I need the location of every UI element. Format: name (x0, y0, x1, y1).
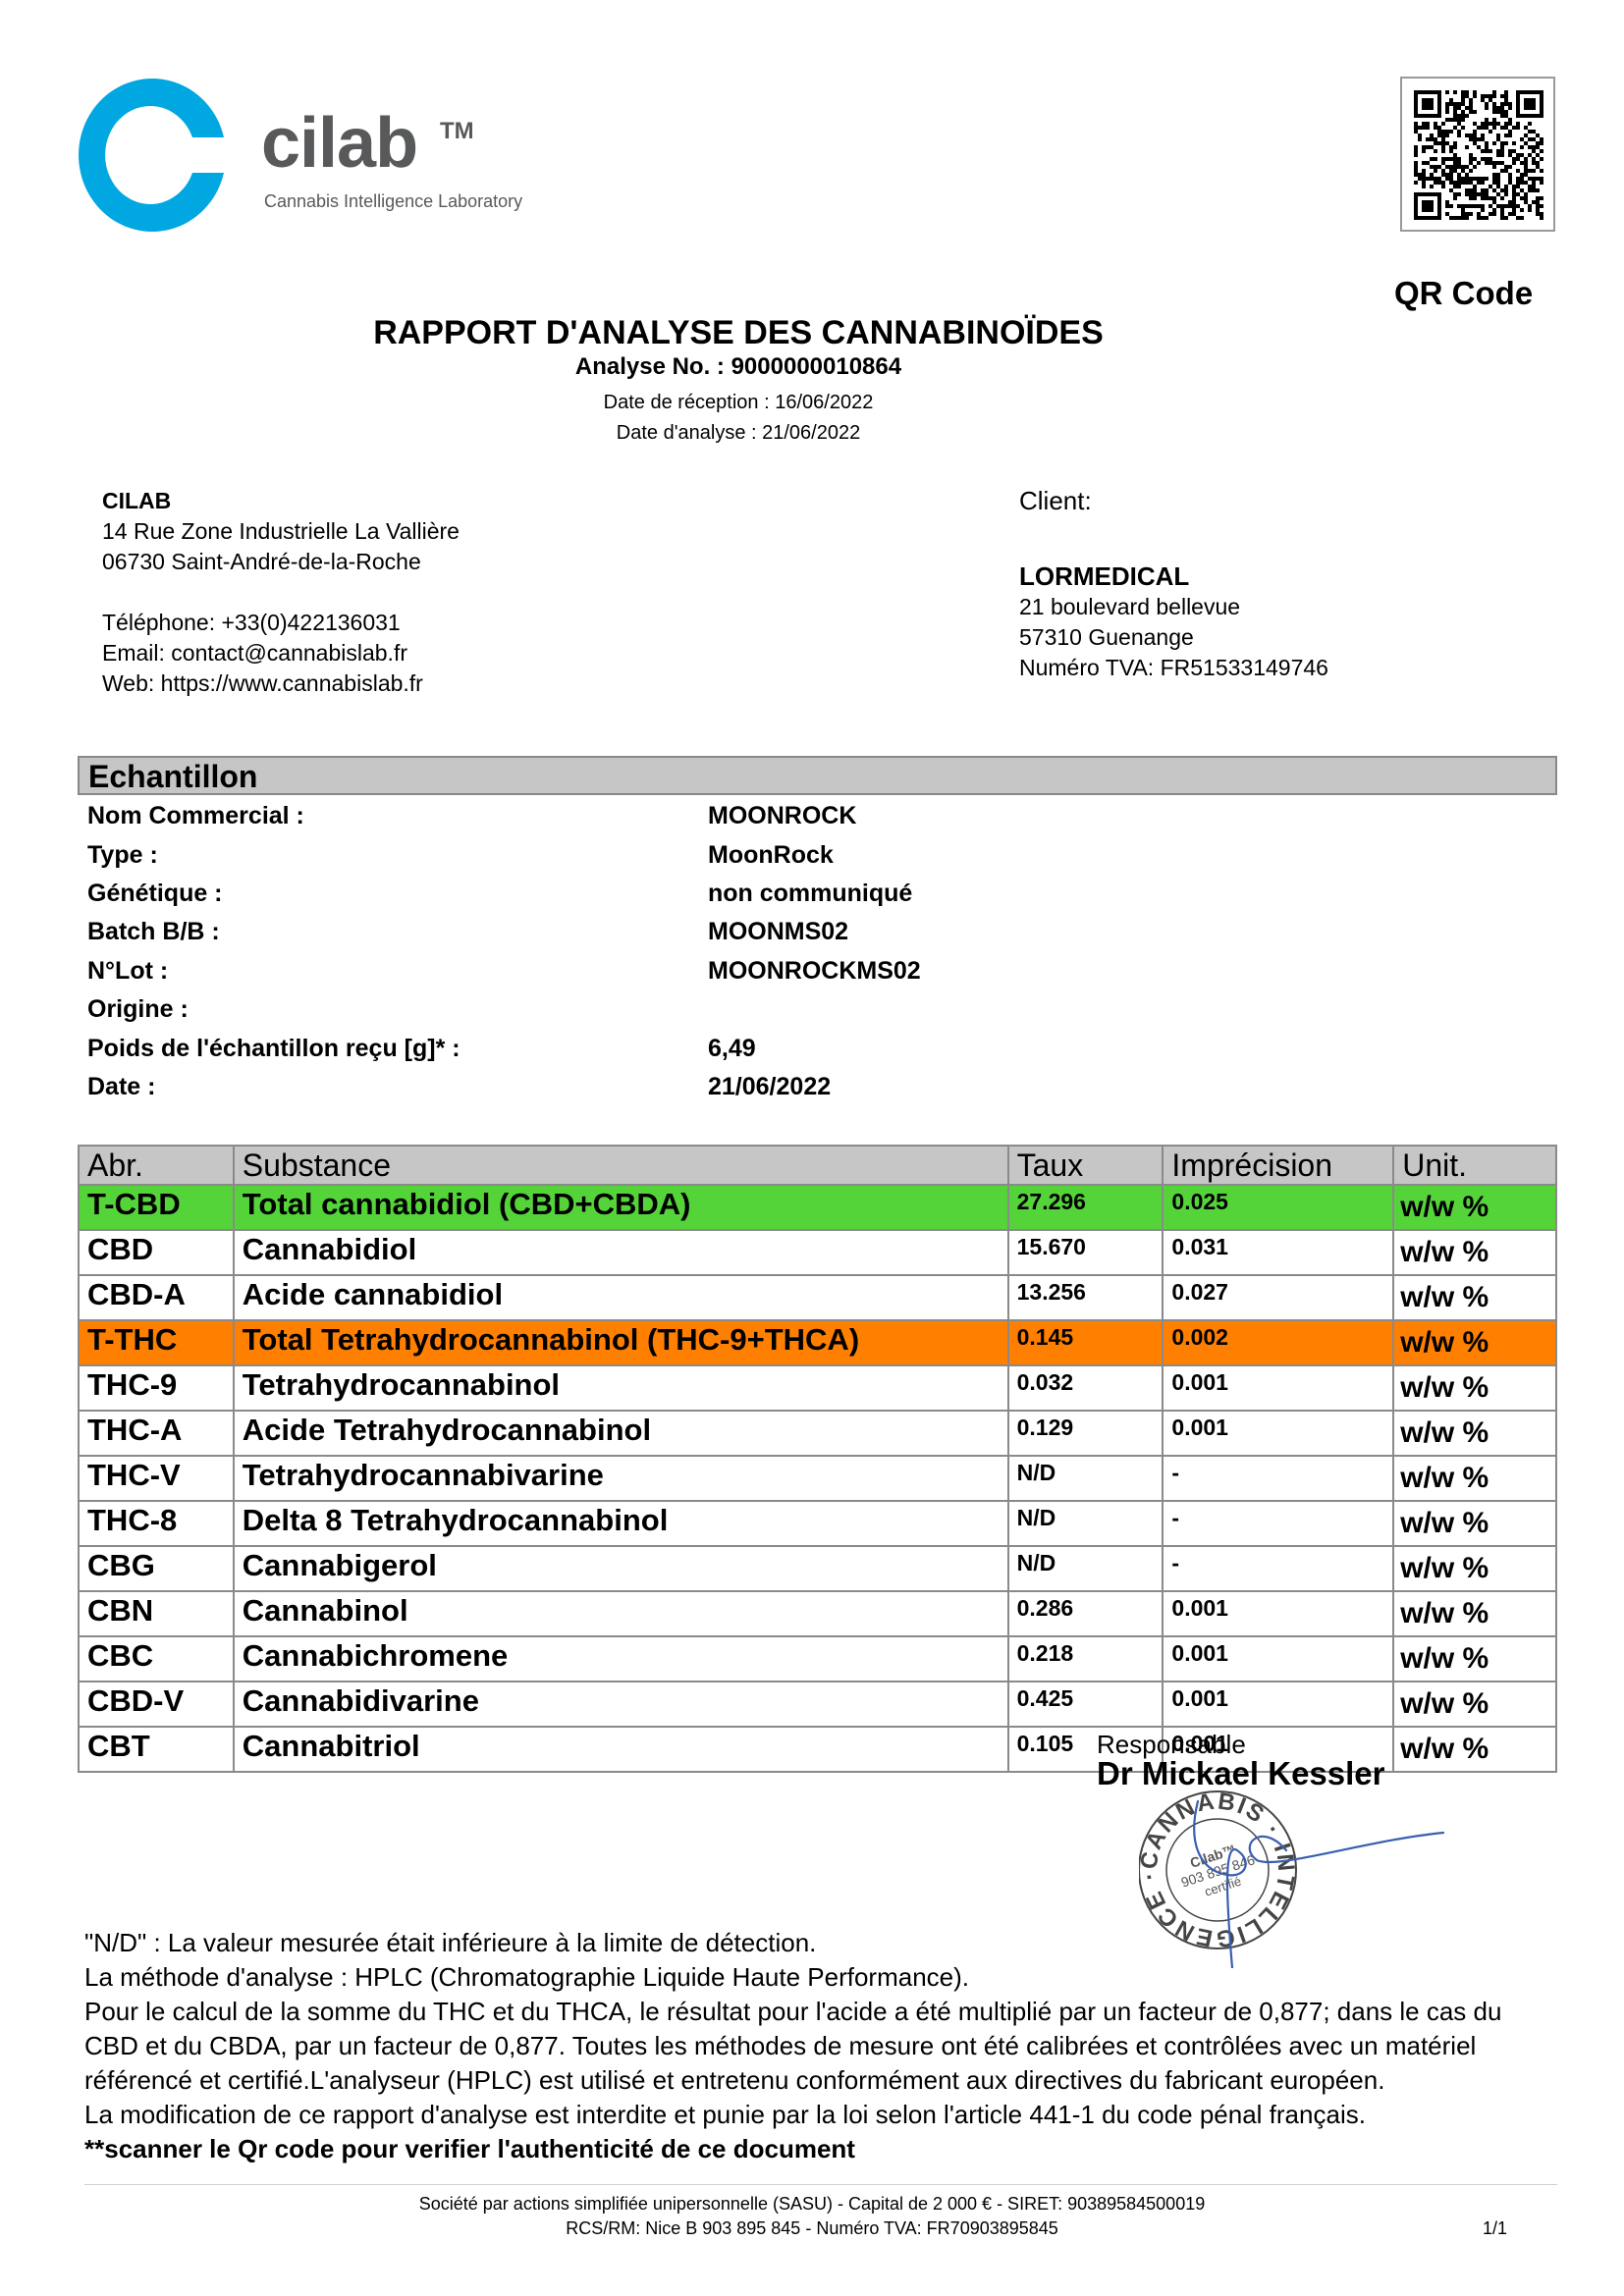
qr-code-icon (1414, 90, 1543, 220)
cell-unit: w/w % (1393, 1727, 1556, 1772)
cell-imprecision: 0.001 (1163, 1365, 1393, 1411)
sample-field-label: N°Lot : (87, 957, 708, 986)
cell-abr: CBD-A (79, 1275, 234, 1320)
cell-taux: 0.129 (1008, 1411, 1164, 1456)
cell-imprecision: 0.027 (1163, 1275, 1393, 1320)
col-header-abr: Abr. (79, 1146, 234, 1185)
table-row: CBGCannabigerolN/D-w/w % (79, 1546, 1556, 1591)
sample-field-label: Génétique : (87, 880, 708, 908)
table-row: T-THCTotal Tetrahydrocannabinol (THC-9+T… (79, 1320, 1556, 1365)
cell-taux: 0.286 (1008, 1591, 1164, 1636)
footer-divider (84, 2184, 1557, 2185)
cell-substance: Total cannabidiol (CBD+CBDA) (234, 1185, 1008, 1230)
sample-field-row: Type :MoonRock (87, 835, 921, 874)
sample-field-label: Date : (87, 1073, 708, 1101)
cell-imprecision: 0.001 (1163, 1411, 1393, 1456)
sample-field-row: N°Lot :MOONROCKMS02 (87, 952, 921, 990)
cell-taux: 15.670 (1008, 1230, 1164, 1275)
cell-abr: THC-V (79, 1456, 234, 1501)
date-analyse: Date d'analyse : 21/06/2022 (0, 422, 1477, 445)
cell-abr: CBD (79, 1230, 234, 1275)
sample-field-label: Type : (87, 841, 708, 870)
note-nd: "N/D" : La valeur mesurée était inférieu… (84, 1926, 1557, 1960)
sample-section-header: Echantillon (78, 756, 1557, 795)
cell-unit: w/w % (1393, 1275, 1556, 1320)
sample-field-row: Génétique :non communiqué (87, 875, 921, 913)
cell-imprecision: - (1163, 1546, 1393, 1591)
lab-web: Web: https://www.cannabislab.fr (102, 668, 460, 699)
lab-address-block: CILAB 14 Rue Zone Industrielle La Valliè… (102, 486, 460, 699)
cell-imprecision: 0.001 (1163, 1636, 1393, 1682)
cell-imprecision: 0.001 (1163, 1682, 1393, 1727)
client-address-block: LORMEDICAL 21 boulevard bellevue 57310 G… (1019, 561, 1328, 683)
cell-taux: 0.145 (1008, 1320, 1164, 1365)
cell-unit: w/w % (1393, 1636, 1556, 1682)
cell-unit: w/w % (1393, 1546, 1556, 1591)
cell-substance: Acide cannabidiol (234, 1275, 1008, 1320)
cell-unit: w/w % (1393, 1591, 1556, 1636)
trademark: TM (440, 118, 474, 145)
cell-substance: Tetrahydrocannabinol (234, 1365, 1008, 1411)
cell-imprecision: - (1163, 1501, 1393, 1546)
cell-substance: Cannabigerol (234, 1546, 1008, 1591)
date-reception: Date de réception : 16/06/2022 (0, 392, 1477, 414)
sample-field-row: Poids de l'échantillon reçu [g]* :6,49 (87, 1029, 921, 1067)
sample-field-value: 6,49 (708, 1035, 756, 1063)
table-row: T-CBDTotal cannabidiol (CBD+CBDA)27.2960… (79, 1185, 1556, 1230)
cell-substance: Acide Tetrahydrocannabinol (234, 1411, 1008, 1456)
cell-unit: w/w % (1393, 1501, 1556, 1546)
table-row: THC-VTetrahydrocannabivarineN/D-w/w % (79, 1456, 1556, 1501)
brand-name: cilab (261, 108, 417, 179)
cell-abr: T-CBD (79, 1185, 234, 1230)
footer-company-info: Société par actions simplifiée uniperson… (0, 2194, 1624, 2215)
cell-unit: w/w % (1393, 1682, 1556, 1727)
cell-unit: w/w % (1393, 1230, 1556, 1275)
c-ring-logo-icon (77, 77, 234, 234)
results-header-row: Abr. Substance Taux Imprécision Unit. (79, 1146, 1556, 1185)
page-number: 1/1 (1483, 2218, 1507, 2239)
col-header-taux: Taux (1008, 1146, 1164, 1185)
sample-field-label: Origine : (87, 995, 708, 1024)
table-row: THC-8Delta 8 TetrahydrocannabinolN/D-w/w… (79, 1501, 1556, 1546)
sample-field-label: Batch B/B : (87, 918, 708, 946)
lab-name: CILAB (102, 486, 460, 516)
results-table: Abr. Substance Taux Imprécision Unit. T-… (78, 1145, 1557, 1773)
client-address-line1: 21 boulevard bellevue (1019, 592, 1328, 622)
col-header-imprecision: Imprécision (1163, 1146, 1393, 1185)
cell-abr: CBC (79, 1636, 234, 1682)
client-label: Client: (1019, 486, 1092, 516)
client-name: LORMEDICAL (1019, 561, 1328, 592)
cell-imprecision: 0.031 (1163, 1230, 1393, 1275)
cell-unit: w/w % (1393, 1320, 1556, 1365)
col-header-substance: Substance (234, 1146, 1008, 1185)
cell-substance: Cannabinol (234, 1591, 1008, 1636)
cell-abr: CBD-V (79, 1682, 234, 1727)
sample-field-value: 21/06/2022 (708, 1073, 831, 1101)
table-row: THC-AAcide Tetrahydrocannabinol0.1290.00… (79, 1411, 1556, 1456)
cell-imprecision: 0.025 (1163, 1185, 1393, 1230)
sample-field-value: MOONMS02 (708, 918, 848, 946)
cell-unit: w/w % (1393, 1411, 1556, 1456)
cell-abr: THC-8 (79, 1501, 234, 1546)
cell-taux: 0.218 (1008, 1636, 1164, 1682)
cell-abr: CBN (79, 1591, 234, 1636)
lab-address-line1: 14 Rue Zone Industrielle La Vallière (102, 516, 460, 547)
sample-field-row: Batch B/B :MOONMS02 (87, 913, 921, 951)
table-row: CBD-VCannabidivarine0.4250.001w/w % (79, 1682, 1556, 1727)
brand-tagline: Cannabis Intelligence Laboratory (264, 191, 522, 212)
lab-phone: Téléphone: +33(0)422136031 (102, 608, 460, 638)
lab-email: Email: contact@cannabislab.fr (102, 638, 460, 668)
cell-substance: Delta 8 Tetrahydrocannabinol (234, 1501, 1008, 1546)
sample-field-row: Origine : (87, 990, 921, 1029)
qr-label: QR Code (1394, 275, 1533, 312)
analysis-number: Analyse No. : 9000000010864 (0, 353, 1477, 381)
cell-substance: Cannabitriol (234, 1727, 1008, 1772)
table-row: CBD-AAcide cannabidiol13.2560.027w/w % (79, 1275, 1556, 1320)
col-header-unit: Unit. (1393, 1146, 1556, 1185)
cell-abr: THC-9 (79, 1365, 234, 1411)
cell-taux: 27.296 (1008, 1185, 1164, 1230)
client-vat: Numéro TVA: FR51533149746 (1019, 653, 1328, 683)
table-row: THC-9Tetrahydrocannabinol0.0320.001w/w % (79, 1365, 1556, 1411)
sample-fields: Nom Commercial :MOONROCKType :MoonRockGé… (87, 797, 921, 1106)
cell-abr: CBT (79, 1727, 234, 1772)
cell-imprecision: 0.002 (1163, 1320, 1393, 1365)
table-row: CBNCannabinol0.2860.001w/w % (79, 1591, 1556, 1636)
client-address-line2: 57310 Guenange (1019, 622, 1328, 653)
sample-field-value: MoonRock (708, 841, 834, 870)
cell-substance: Cannabidiol (234, 1230, 1008, 1275)
qr-code[interactable] (1400, 77, 1555, 232)
note-calculation: Pour le calcul de la somme du THC et du … (84, 1995, 1557, 2098)
lab-address-line2: 06730 Saint-André-de-la-Roche (102, 547, 460, 577)
note-legal: La modification de ce rapport d'analyse … (84, 2098, 1557, 2132)
sample-field-value: MOONROCKMS02 (708, 957, 921, 986)
cell-taux: 0.032 (1008, 1365, 1164, 1411)
cell-substance: Total Tetrahydrocannabinol (THC-9+THCA) (234, 1320, 1008, 1365)
cell-substance: Cannabidivarine (234, 1682, 1008, 1727)
cell-unit: w/w % (1393, 1365, 1556, 1411)
sample-field-row: Date :21/06/2022 (87, 1068, 921, 1106)
footer-registration-info: RCS/RM: Nice B 903 895 845 - Numéro TVA:… (0, 2218, 1624, 2239)
cell-taux: N/D (1008, 1546, 1164, 1591)
cell-imprecision: - (1163, 1456, 1393, 1501)
table-row: CBCCannabichromene0.2180.001w/w % (79, 1636, 1556, 1682)
cell-imprecision: 0.001 (1163, 1591, 1393, 1636)
cell-taux: 0.425 (1008, 1682, 1164, 1727)
cell-substance: Tetrahydrocannabivarine (234, 1456, 1008, 1501)
note-method: La méthode d'analyse : HPLC (Chromatogra… (84, 1960, 1557, 1995)
sample-field-row: Nom Commercial :MOONROCK (87, 797, 921, 835)
sample-field-label: Nom Commercial : (87, 802, 708, 830)
sample-field-value: non communiqué (708, 880, 912, 908)
cell-taux: N/D (1008, 1501, 1164, 1546)
sample-field-label: Poids de l'échantillon reçu [g]* : (87, 1035, 708, 1063)
qr-verify-notice: **scanner le Qr code pour verifier l'aut… (84, 2132, 1557, 2166)
cell-abr: CBG (79, 1546, 234, 1591)
cell-abr: T-THC (79, 1320, 234, 1365)
report-title: RAPPORT D'ANALYSE DES CANNABINOÏDES (0, 314, 1477, 352)
cell-unit: w/w % (1393, 1185, 1556, 1230)
table-row: CBDCannabidiol15.6700.031w/w % (79, 1230, 1556, 1275)
cell-taux: N/D (1008, 1456, 1164, 1501)
cell-unit: w/w % (1393, 1456, 1556, 1501)
cell-substance: Cannabichromene (234, 1636, 1008, 1682)
notes-block: "N/D" : La valeur mesurée était inférieu… (84, 1926, 1557, 2166)
cell-abr: THC-A (79, 1411, 234, 1456)
sample-field-value: MOONROCK (708, 802, 856, 830)
cell-taux: 13.256 (1008, 1275, 1164, 1320)
